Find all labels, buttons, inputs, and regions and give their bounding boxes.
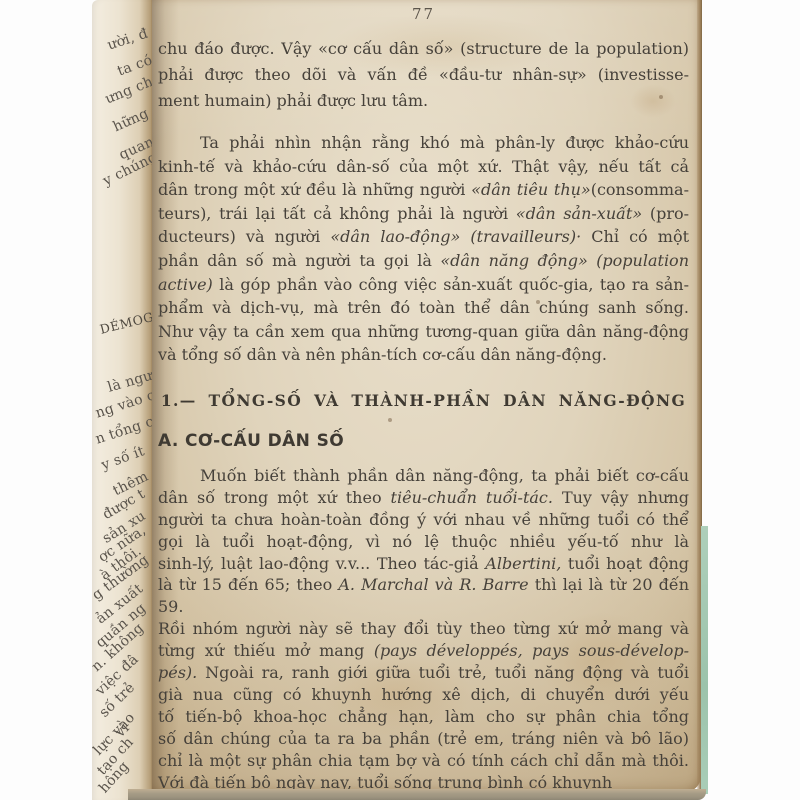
text-line: gọi là tuổi hoạt-động, vì nó lệ thuộc nh…	[158, 531, 689, 553]
body-text: Như vậy ta cần xem qua những tương-quan …	[158, 322, 689, 341]
italic-text: active)	[158, 275, 213, 294]
paragraph: Ta phải nhìn nhận rằng khó mà phân-ly đư…	[158, 131, 689, 367]
italic-text: «dân lao-động» (travailleurs)·	[330, 227, 581, 246]
italic-text: «dân tiêu thụ»	[471, 180, 591, 199]
page-bottom-edge	[128, 789, 706, 800]
text-line: pés). Ngoài ra, ranh giới giữa tuổi trẻ,…	[158, 662, 689, 684]
body-text: và tổng số dân và nên phân-tích cơ-cấu d…	[158, 345, 607, 364]
body-text: (pro-	[642, 204, 689, 223]
body-text: Rồi nhóm người này sẽ thay đổi tùy theo …	[158, 619, 689, 638]
body-text: gọi là tuổi hoạt-động, vì nó lệ thuộc nh…	[158, 532, 689, 551]
teal-backdrop-strip	[701, 526, 708, 794]
body-text: phần dân số mà người ta gọi là	[158, 251, 440, 270]
text-line: là từ 15 đến 65; theo A. Marchal và R. B…	[158, 574, 689, 618]
left-page-text-fragment: hững	[111, 106, 152, 136]
body-text: chỉ là một sự phân chia tạm bợ và có tín…	[158, 751, 689, 770]
left-page-text-fragment: y số ít	[99, 443, 147, 473]
body-text: tuổi hoạt động	[561, 554, 689, 573]
body-text: teurs), trái lại tất cả không phải là ng…	[158, 204, 516, 223]
body-text: Tuy vậy nhưng	[553, 488, 689, 507]
text-block: chu đáo được. Vậy «cơ cấu dân số» (struc…	[158, 36, 689, 794]
text-line: từng xứ thiếu mở mang (pays développés, …	[158, 640, 689, 662]
book-photo: ười, đta cóưng chhữngquany chúngDÉMOGRlà…	[0, 0, 800, 800]
body-text: người ta chưa hoàn-toàn đồng ý với nhau …	[158, 510, 689, 529]
body-text: dân số trong một xứ theo	[158, 488, 391, 507]
text-line: số dân chúng của ta ra ba phần (trẻ em, …	[158, 728, 689, 750]
body-text: ment humain) phải được lưu tâm.	[158, 91, 428, 110]
text-line: người ta chưa hoàn-toàn đồng ý với nhau …	[158, 509, 689, 531]
text-line: dân số trong một xứ theo tiêu-chuẩn tuổi…	[158, 487, 689, 509]
body-text: tố tiến-bộ khoa-học chẳng hạn, làm cho s…	[158, 707, 689, 726]
italic-text: «dân sản-xuất»	[516, 204, 642, 223]
text-line: và tổng số dân và nên phân-tích cơ-cấu d…	[158, 343, 689, 367]
body-text: từng xứ thiếu mở mang	[158, 641, 374, 660]
body-text: phẩm và dịch-vụ, mà trên đó toàn thể dân…	[158, 298, 689, 317]
text-line: Ta phải nhìn nhận rằng khó mà phân-ly đư…	[158, 131, 689, 155]
text-line: chỉ là một sự phân chia tạm bợ và có tín…	[158, 750, 689, 772]
text-line: Rồi nhóm người này sẽ thay đổi tùy theo …	[158, 618, 689, 640]
italic-text: pés).	[158, 663, 197, 682]
body-text: dân trong một xứ đều là những người	[158, 180, 471, 199]
text-line: dân trong một xứ đều là những người «dân…	[158, 178, 689, 202]
page-number: 77	[158, 5, 689, 23]
text-line: phẩm và dịch-vụ, mà trên đó toàn thể dân…	[158, 296, 689, 320]
italic-text: «dân năng động» (population	[440, 251, 689, 270]
section-heading: 1.— TỔNG-SỐ VÀ THÀNH-PHẦN DÂN NĂNG-ĐỘNG	[158, 391, 689, 411]
text-line: phần dân số mà người ta gọi là «dân năng…	[158, 249, 689, 273]
left-page-text-fragment: ưng ch	[103, 74, 153, 108]
body-text: phải được theo dõi và vấn đề «đầu-tư nhâ…	[158, 65, 689, 84]
body-text: kinh-tế và khảo-cứu dân-số của một xứ. T…	[158, 157, 689, 176]
italic-text: A. Marchal và R. Barre	[338, 575, 528, 594]
text-line: phải được theo dõi và vấn đề «đầu-tư nhâ…	[158, 62, 689, 88]
body-text: số dân chúng của ta ra ba phần (trẻ em, …	[158, 729, 689, 748]
body-text: chu đáo được. Vậy «cơ cấu dân số» (struc…	[158, 39, 689, 58]
italic-text: Albertini,	[485, 554, 561, 573]
body-text: Muốn biết thành phần dân năng-động, ta p…	[200, 466, 689, 485]
text-line: già nua cũng có khuynh hướng xê dịch, di…	[158, 684, 689, 706]
body-text: ducteurs) và người	[158, 227, 330, 246]
body-text: là từ 15 đến 65; theo	[158, 575, 338, 594]
body-text: sinh-lý, luật lao-động v.v... Theo tác-g…	[158, 554, 485, 573]
text-line: sinh-lý, luật lao-động v.v... Theo tác-g…	[158, 553, 689, 575]
italic-text: (pays développés, pays sous-dévelop-	[374, 641, 689, 660]
text-line: tố tiến-bộ khoa-học chẳng hạn, làm cho s…	[158, 706, 689, 728]
body-text: Ngoài ra, ranh giới giữa tuổi trẻ, tuổi …	[197, 663, 689, 682]
paragraph: Muốn biết thành phần dân năng-động, ta p…	[158, 465, 689, 794]
text-line: chu đáo được. Vậy «cơ cấu dân số» (struc…	[158, 36, 689, 62]
text-line: Muốn biết thành phần dân năng-động, ta p…	[158, 465, 689, 487]
body-text: là góp phần vào công việc sản-xuất quốc-…	[213, 275, 689, 294]
left-page-text-fragment: DÉMOGR	[98, 306, 153, 336]
text-line: active) là góp phần vào công việc sản-xu…	[158, 273, 689, 297]
left-page-edge: ười, đta cóưng chhữngquany chúngDÉMOGRlà…	[92, 0, 153, 800]
text-line: ducteurs) và người «dân lao-động» (trava…	[158, 225, 689, 249]
text-line: kinh-tế và khảo-cứu dân-số của một xứ. T…	[158, 155, 689, 179]
body-text: già nua cũng có khuynh hướng xê dịch, di…	[158, 685, 689, 704]
text-line: ment humain) phải được lưu tâm.	[158, 88, 689, 114]
subsection-heading: A. CƠ-CẤU DÂN SỐ	[158, 430, 689, 452]
text-line: Như vậy ta cần xem qua những tương-quan …	[158, 320, 689, 344]
body-text: Chỉ có một	[581, 227, 689, 246]
italic-text: tiêu-chuẩn tuổi-tác.	[391, 488, 553, 507]
text-line: teurs), trái lại tất cả không phải là ng…	[158, 202, 689, 226]
left-page-text-fragment: ười, đ	[106, 26, 151, 54]
body-text: Ta phải nhìn nhận rằng khó mà phân-ly đư…	[200, 133, 689, 152]
body-text: (consomma-	[591, 180, 689, 199]
paragraph: chu đáo được. Vậy «cơ cấu dân số» (struc…	[158, 36, 689, 114]
